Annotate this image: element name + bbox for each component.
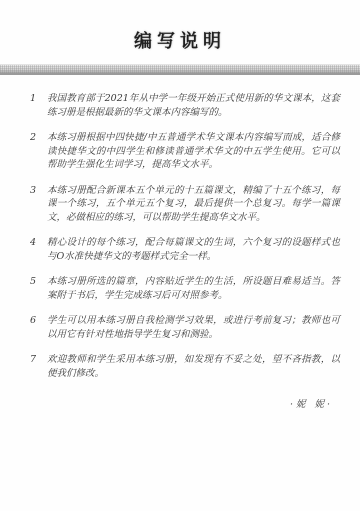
list-item: 6 学生可以用本练习册自我检测学习效果，或进行考前复习；教师也可以用它有针对性地… <box>30 314 340 341</box>
item-text: 欢迎教师和学生采用本练习册，如发现有不妥之处，望不吝指教，以便我们修改。 <box>47 353 340 380</box>
item-number: 1 <box>30 92 47 119</box>
item-number: 5 <box>30 275 47 302</box>
author-signature: ·妮 妮· <box>290 396 333 410</box>
list-item: 3 本练习册配合新课本五个单元的十五篇课文，精编了十五个练习，每课一个练习，五个… <box>30 184 340 225</box>
instructions-list: 1 我国教育部于2021年从中学一年级开始正式使用新的华文课本，这套练习册是根据… <box>30 92 340 380</box>
decorative-divider-band <box>0 64 360 75</box>
item-number: 3 <box>30 184 47 225</box>
list-item: 5 本练习册所选的篇章，内容贴近学生的生活，所设题目难易适当。答案附于书后，学生… <box>30 275 340 302</box>
item-number: 7 <box>30 353 47 380</box>
item-text: 本练习册根据中四快捷/中五普通学术华文课本内容编写而成，适合修读快捷华文的中四学… <box>47 131 340 172</box>
item-text: 本练习册配合新课本五个单元的十五篇课文，精编了十五个练习，每课一个练习，五个单元… <box>47 184 340 225</box>
document-page: 编写说明 1 我国教育部于2021年从中学一年级开始正式使用新的华文课本，这套练… <box>0 0 360 511</box>
list-item: 2 本练习册根据中四快捷/中五普通学术华文课本内容编写而成，适合修读快捷华文的中… <box>30 131 340 172</box>
item-text: 本练习册所选的篇章，内容贴近学生的生活，所设题目难易适当。答案附于书后，学生完成… <box>47 275 340 302</box>
list-item: 1 我国教育部于2021年从中学一年级开始正式使用新的华文课本，这套练习册是根据… <box>30 92 340 119</box>
item-number: 2 <box>30 131 47 172</box>
item-number: 6 <box>30 314 47 341</box>
page-title: 编写说明 <box>0 0 360 53</box>
list-item: 4 精心设计的每个练习，配合每篇课文的生词，六个复习的设题样式也与O水准快捷华文… <box>30 236 340 263</box>
item-number: 4 <box>30 236 47 263</box>
list-item: 7 欢迎教师和学生采用本练习册，如发现有不妥之处，望不吝指教，以便我们修改。 <box>30 353 340 380</box>
item-text: 精心设计的每个练习，配合每篇课文的生词，六个复习的设题样式也与O水准快捷华文的考… <box>47 236 340 263</box>
item-text: 我国教育部于2021年从中学一年级开始正式使用新的华文课本，这套练习册是根据最新… <box>47 92 340 119</box>
item-text: 学生可以用本练习册自我检测学习效果，或进行考前复习；教师也可以用它有针对性地指导… <box>47 314 340 341</box>
